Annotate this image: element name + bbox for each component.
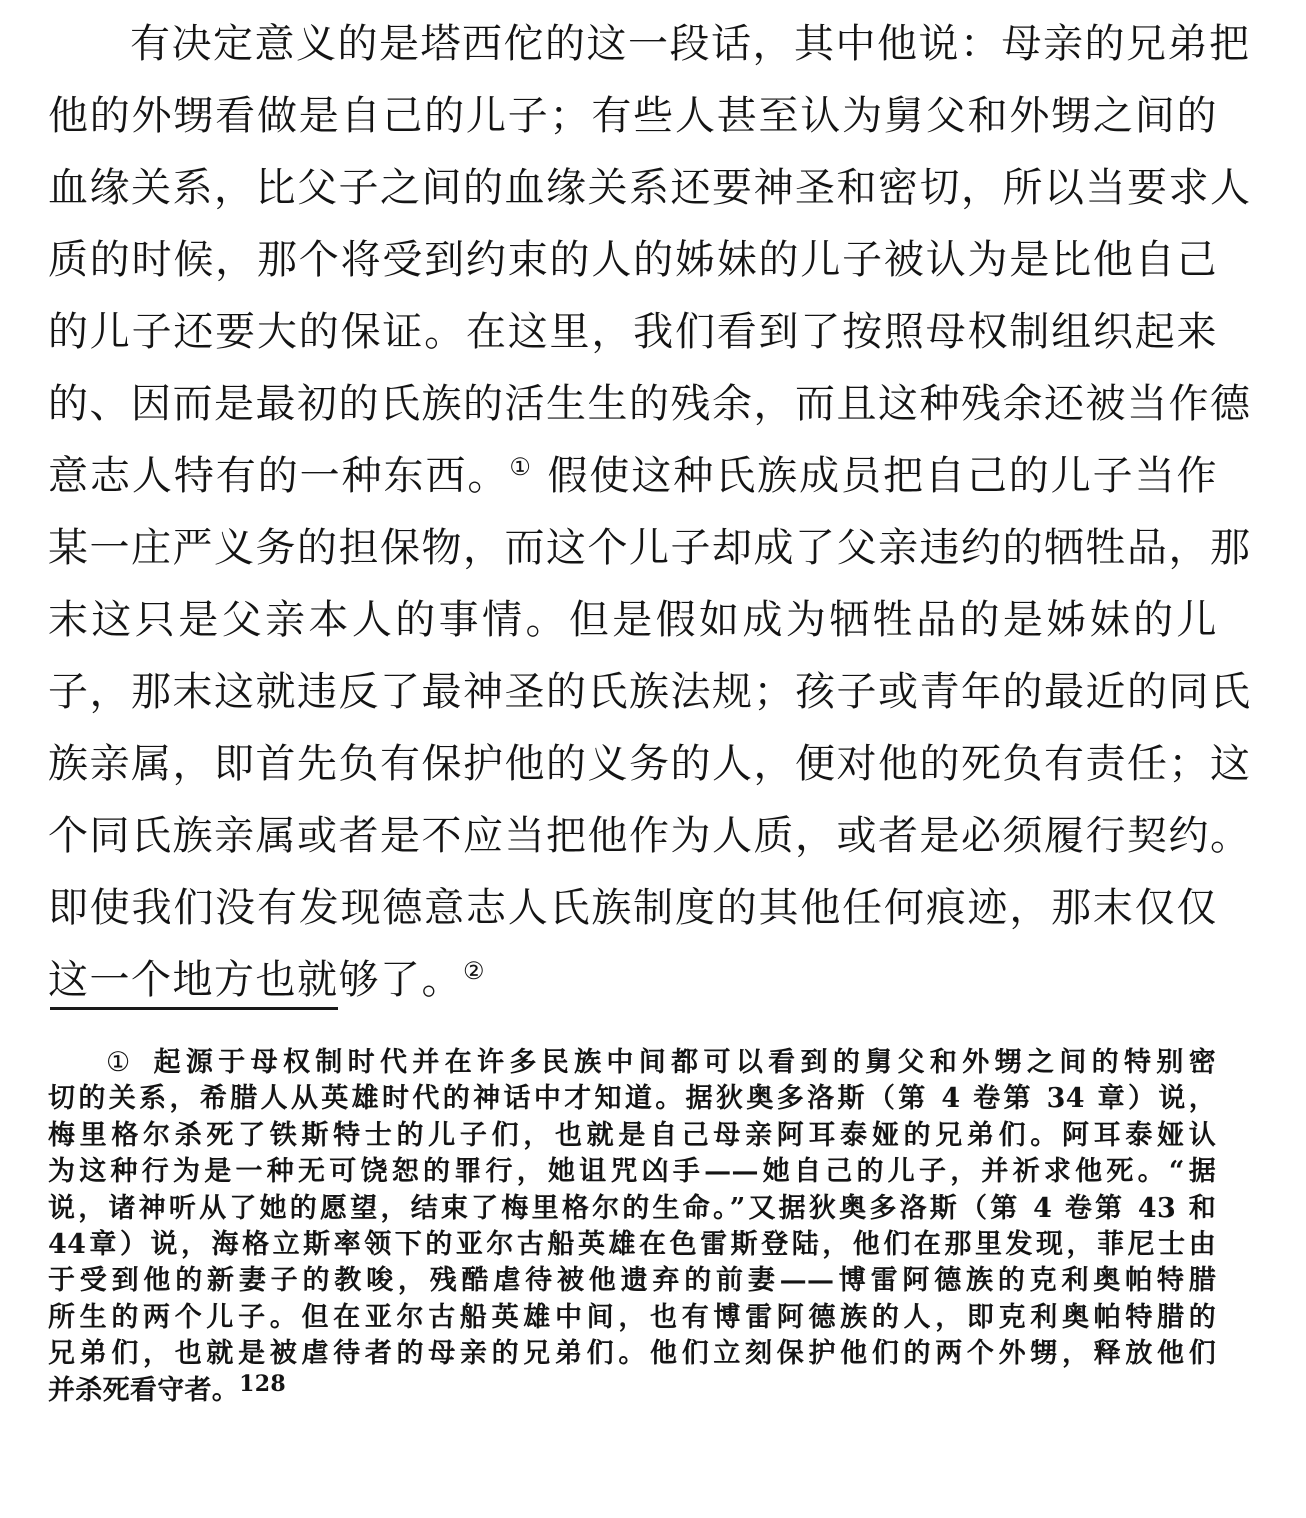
text-line: 有决定意义的是塔西佗的这一段话，其中他说：母亲的兄弟把 (48, 8, 1218, 80)
text-line: 他的外甥看做是自己的儿子；有些人甚至认为舅父和外甥之间的 (48, 80, 1218, 152)
footnote-marker: ① (106, 1047, 136, 1078)
footnote: ①起源于母权制时代并在许多民族中间都可以看到的舅父和外甥之间的特别密 切的关系，… (48, 1045, 1216, 1409)
main-paragraph: 有决定意义的是塔西佗的这一段话，其中他说：母亲的兄弟把 他的外甥看做是自己的儿子… (48, 8, 1218, 1016)
text-line: 子，那末这就违反了最神圣的氏族法规；孩子或青年的最近的同氏 (48, 656, 1218, 728)
footnote-line: 切的关系，希腊人从英雄时代的神话中才知道。据狄奥多洛斯（第 4 卷第 34 章）… (48, 1081, 1216, 1117)
text-line: 末这只是父亲本人的事情。但是假如成为牺牲品的是姊妹的儿 (48, 584, 1218, 656)
text-line: 这一个地方也就够了。② (48, 944, 1218, 1016)
text-segment: 这一个地方也就够了。 (48, 957, 463, 1003)
footnote-line: 于受到他的新妻子的教唆，残酷虐待被他遗弃的前妻——博雷阿德族的克利奥帕特腊 (48, 1263, 1216, 1299)
footnote-line: 说，诸神听从了她的愿望，结束了梅里格尔的生命。”又据狄奥多洛斯（第 4 卷第 4… (48, 1191, 1216, 1227)
text-line: 的儿子还要大的保证。在这里，我们看到了按照母权制组织起来 (48, 296, 1218, 368)
text-segment: 并杀死看守者。 (48, 1375, 239, 1406)
endnote-ref: 128 (239, 1371, 286, 1397)
text-segment: 意志人特有的一种东西。 (48, 453, 509, 499)
footnote-line: 为这种行为是一种无可饶恕的罪行，她诅咒凶手——她自己的儿子，并祈求他死。“据 (48, 1154, 1216, 1190)
text-segment: 假使这种氏族成员把自己的儿子当作 (547, 453, 1218, 499)
footnote-line: 所生的两个儿子。但在亚尔古船英雄中间，也有博雷阿德族的人，即克利奥帕特腊的 (48, 1300, 1216, 1336)
footnote-line: 兄弟们，也就是被虐待者的母亲的兄弟们。他们立刻保护他们的两个外甥，释放他们 (48, 1336, 1216, 1372)
text-line: 意志人特有的一种东西。① 假使这种氏族成员把自己的儿子当作 (48, 440, 1218, 512)
footnote-line: 梅里格尔杀死了铁斯特士的儿子们，也就是自己母亲阿耳泰娅的兄弟们。阿耳泰娅认 (48, 1118, 1216, 1154)
text-line: 质的时候，那个将受到约束的人的姊妹的儿子被认为是比他自己 (48, 224, 1218, 296)
text-line: 个同氏族亲属或者是不应当把他作为人质，或者是必须履行契约。 (48, 800, 1218, 872)
footnote-line: 44章）说，海格立斯率领下的亚尔古船英雄在色雷斯登陆，他们在那里发现，菲尼士由 (48, 1227, 1216, 1263)
footnote-line: ①起源于母权制时代并在许多民族中间都可以看到的舅父和外甥之间的特别密 (48, 1045, 1216, 1081)
text-segment: 起源于母权制时代并在许多民族中间都可以看到的舅父和外甥之间的特别密 (154, 1047, 1216, 1078)
text-line: 即使我们没有发现德意志人氏族制度的其他任何痕迹，那末仅仅 (48, 872, 1218, 944)
footnote-ref-2: ② (463, 957, 486, 985)
text-line: 某一庄严义务的担保物，而这个儿子却成了父亲违约的牺牲品，那 (48, 512, 1218, 584)
text-line: 族亲属，即首先负有保护他的义务的人，便对他的死负有责任；这 (48, 728, 1218, 800)
footnote-line: 并杀死看守者。128 (48, 1373, 1216, 1409)
text-line: 的、因而是最初的氏族的活生生的残余，而且这种残余还被当作德 (48, 368, 1218, 440)
text-line: 血缘关系，比父子之间的血缘关系还要神圣和密切，所以当要求人 (48, 152, 1218, 224)
footnote-divider (50, 1007, 338, 1010)
footnote-ref-1: ① (509, 453, 532, 481)
